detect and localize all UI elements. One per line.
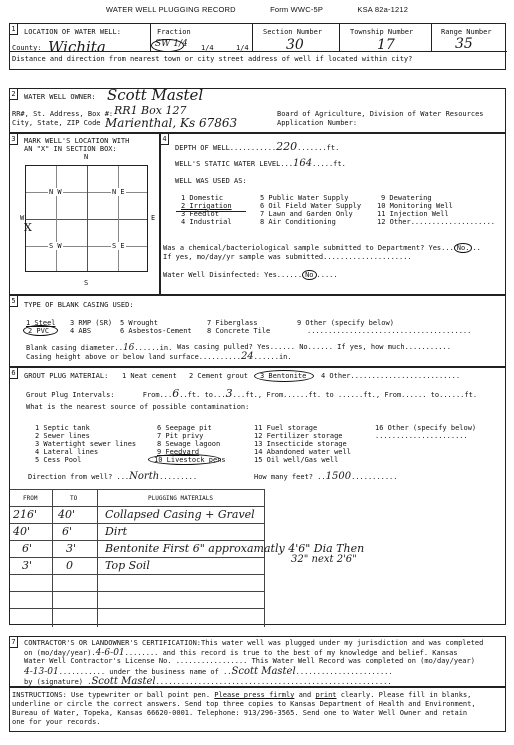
casing-6-asbestos[interactable]: 6 Asbestos-Cement xyxy=(120,327,192,335)
source-11[interactable]: 11 Fuel storage xyxy=(254,424,317,432)
section-4-well-details: 4 DEPTH OF WELL...........220.......ft. … xyxy=(160,133,506,295)
sample-date-label: If yes, mo/day/yr sample was submitted..… xyxy=(163,253,412,261)
quadrant-sw: S W xyxy=(48,242,63,250)
casing-9-other[interactable]: 9 Other (specify below) xyxy=(297,319,394,327)
use-4-industrial[interactable]: 4 Industrial xyxy=(181,218,232,226)
row1-material[interactable]: Collapsed Casing + Gravel xyxy=(105,508,255,521)
casing-label: TYPE OF BLANK CASING USED: xyxy=(24,301,134,309)
section-number: 7 xyxy=(9,636,18,648)
use-10-monitoring[interactable]: 10 Monitoring Well xyxy=(377,202,453,210)
source-8[interactable]: 8 Sewage lagoon xyxy=(157,440,220,448)
address-label: RR#, St. Address, Box #: xyxy=(12,110,113,118)
static-level-row: WELL'S STATIC WATER LEVEL...164.....ft. xyxy=(175,158,346,169)
source-7[interactable]: 7 Pit privy xyxy=(157,432,203,440)
city-value[interactable]: Marienthal, Ks 67863 xyxy=(105,116,237,130)
row2-from[interactable]: 40' xyxy=(13,525,30,538)
instructions-line4: one for your records. xyxy=(12,718,101,726)
disinfected-no-option[interactable]: No xyxy=(302,270,316,280)
row3-from[interactable]: 6' xyxy=(22,542,32,555)
source-4[interactable]: 4 Lateral lines xyxy=(35,448,98,456)
distance-label: Distance and direction from nearest town… xyxy=(12,55,412,63)
use-8-aircon[interactable]: 8 Air Conditioning xyxy=(260,218,336,226)
county-value[interactable]: Wichita xyxy=(48,38,106,56)
static-level-label: WELL'S STATIC WATER LEVEL... xyxy=(175,160,293,168)
materials-note-continuation[interactable]: 32" next 2'6" xyxy=(291,554,357,565)
compass-e: E xyxy=(151,214,155,222)
city-label: City, State, ZIP Code : xyxy=(12,119,109,127)
casing-4-abs[interactable]: 4 ABS xyxy=(70,327,91,335)
feet-row: How many feet? ..1500........... xyxy=(254,471,397,482)
grout-4-other[interactable]: 4 Other.......................... xyxy=(321,372,460,380)
quadrant-se: S E xyxy=(111,242,126,250)
use-9-dewatering[interactable]: 9 Dewatering xyxy=(381,194,432,202)
location-label: LOCATION OF WATER WELL: xyxy=(24,28,121,36)
grout-label: GROUT PLUG MATERIAL: xyxy=(24,372,108,380)
township-label: Township Number xyxy=(350,28,413,36)
static-level-unit: .....ft. xyxy=(312,160,346,168)
disinfected-label: Water Well Disinfected: Yes...... xyxy=(163,271,302,279)
section-6-grout: 6 GROUT PLUG MATERIAL: 1 Neat cement 2 C… xyxy=(9,367,506,625)
depth-value[interactable]: 220 xyxy=(276,140,297,153)
map-label-line1: MARK WELL'S LOCATION WITH xyxy=(24,137,129,145)
use-7-lawn[interactable]: 7 Lawn and Garden Only xyxy=(260,210,353,218)
section-5-casing: 5 TYPE OF BLANK CASING USED: 1 Steel 3 R… xyxy=(9,295,506,367)
section-number: 4 xyxy=(160,133,169,145)
section-1-location: 1 LOCATION OF WATER WELL: County: Wichit… xyxy=(9,23,506,70)
certification-line1: CONTRACTOR'S OR LANDOWNER'S CERTIFICATIO… xyxy=(24,639,483,647)
section-3-location-map: 3 MARK WELL'S LOCATION WITH AN "X" IN SE… xyxy=(9,133,160,295)
source-14[interactable]: 14 Abandoned water well xyxy=(254,448,351,456)
owner-value[interactable]: Scott Mastel xyxy=(107,86,203,104)
casing-3-rmp[interactable]: 3 RMP (SR) xyxy=(70,319,112,327)
depth-unit: .......ft. xyxy=(297,144,339,152)
use-6-oilfield[interactable]: 6 Oil Field Water Supply xyxy=(260,202,361,210)
section-number: 5 xyxy=(9,295,18,307)
instructions-line1: INSTRUCTIONS: Use typewriter or ball poi… xyxy=(12,691,471,699)
row3-to[interactable]: 3' xyxy=(66,542,76,555)
section-number: 2 xyxy=(9,88,18,100)
disinfected-row: Water Well Disinfected: Yes......No..... xyxy=(163,271,338,279)
plugging-table: FROM TO PLUGGING MATERIALS 216' 40' Coll… xyxy=(10,489,265,626)
pvc-circle xyxy=(23,325,58,336)
instructions-box: INSTRUCTIONS: Use typewriter or ball poi… xyxy=(9,687,506,732)
section-number: 6 xyxy=(9,367,18,379)
source-13[interactable]: 13 Insecticide storage xyxy=(254,440,347,448)
use-12-other[interactable]: 12 Other.................... xyxy=(377,218,495,226)
row4-from[interactable]: 3' xyxy=(22,559,32,572)
use-1-domestic[interactable]: 1 Domestic xyxy=(181,194,223,202)
form-statute: KSA 82a-1212 xyxy=(357,5,408,14)
fraction-value[interactable]: SW 1/4 xyxy=(155,39,188,49)
source-15[interactable]: 15 Oil well/Gas well xyxy=(254,456,338,464)
compass-s: S xyxy=(84,279,88,287)
feet-value[interactable]: 1500 xyxy=(326,471,351,482)
livestock-circle xyxy=(148,454,221,465)
range-value[interactable]: 35 xyxy=(455,36,473,52)
section-number-label: Section Number xyxy=(263,28,322,36)
row1-to[interactable]: 40' xyxy=(58,508,75,521)
casing-5-wrought[interactable]: 5 Wrought xyxy=(120,319,158,327)
source-12[interactable]: 12 Fertilizer storage xyxy=(254,432,343,440)
col-header-materials: PLUGGING MATERIALS xyxy=(148,495,213,502)
source-1[interactable]: 1 Septic tank xyxy=(35,424,90,432)
intervals-label: Grout Plug Intervals: xyxy=(26,391,115,399)
source-6[interactable]: 6 Seepage pit xyxy=(157,424,212,432)
use-5-public[interactable]: 5 Public Water Supply xyxy=(260,194,349,202)
contamination-label: What is the nearest source of possible c… xyxy=(26,403,249,411)
depth-label: DEPTH OF WELL........... xyxy=(175,144,276,152)
range-label: Range Number xyxy=(441,28,492,36)
source-16-blank[interactable]: ...................... xyxy=(375,432,468,440)
direction-row: Direction from well? ...North......... xyxy=(28,471,197,482)
form-header: WATER WELL PLUGGING RECORD Form WWC-5P K… xyxy=(0,5,514,14)
depth-row: DEPTH OF WELL...........220.......ft. xyxy=(175,140,339,153)
casing-8-concrete[interactable]: 8 Concrete Tile xyxy=(207,327,270,335)
source-5[interactable]: 5 Cess Pool xyxy=(35,456,81,464)
well-mark-x: X xyxy=(24,221,32,234)
row2-material[interactable]: Dirt xyxy=(105,525,127,538)
use-3-feedlot[interactable]: 3 Feedlot xyxy=(181,210,219,218)
section-7-certification: 7 CONTRACTOR'S OR LANDOWNER'S CERTIFICAT… xyxy=(9,636,506,687)
quadrant-nw: N W xyxy=(48,188,63,196)
grout-1-neat[interactable]: 1 Neat cement xyxy=(122,372,177,380)
section-grid[interactable]: N W N E S W S E X xyxy=(25,165,148,272)
row1-from[interactable]: 216' xyxy=(13,508,37,521)
form-title: WATER WELL PLUGGING RECORD xyxy=(106,5,236,14)
grout-2-cement[interactable]: 2 Cement grout xyxy=(189,372,248,380)
col-header-to: TO xyxy=(70,495,77,502)
interval1-to[interactable]: 3 xyxy=(226,387,233,400)
casing-7-fiberglass[interactable]: 7 Fiberglass xyxy=(207,319,258,327)
source-16[interactable]: 16 Other (specify below) xyxy=(375,424,476,432)
owner-label: WATER WELL OWNER: xyxy=(24,93,96,101)
height-row: Casing height above or below land surfac… xyxy=(26,351,292,362)
col-header-from: FROM xyxy=(23,495,37,502)
instructions-line2: underline or circle the correct answers.… xyxy=(12,700,476,708)
bentonite-circle xyxy=(254,370,314,382)
sample-row: Was a chemical/bacteriological sample su… xyxy=(163,244,481,252)
certification-line3: Water Well Contractor's License No. ....… xyxy=(24,657,475,665)
section-number: 3 xyxy=(9,133,18,145)
row4-to[interactable]: 0 xyxy=(66,559,73,572)
section-number: 1 xyxy=(9,23,18,35)
use-2-irrigation[interactable]: 2 Irrigation xyxy=(181,202,232,210)
used-as-label: WELL WAS USED AS: xyxy=(175,177,247,185)
sample-question: Was a chemical/bacteriological sample su… xyxy=(163,244,454,252)
source-3[interactable]: 3 Watertight sewer lines xyxy=(35,440,136,448)
instructions-line3: Bureau of Water, Topeka, Kansas 66620-00… xyxy=(12,709,467,717)
compass-n: N xyxy=(84,153,88,161)
map-label-line2: AN "X" IN SECTION BOX: xyxy=(24,145,117,153)
quadrant-ne: N E xyxy=(111,188,126,196)
section-2-owner: 2 WATER WELL OWNER: Scott Mastel RR#, St… xyxy=(9,88,506,133)
signature-row: by (signature) .Scott Mastel............… xyxy=(24,676,392,687)
fraction-label: Fraction xyxy=(157,28,191,36)
board-label: Board of Agriculture, Division of Water … xyxy=(277,110,484,118)
static-level-value[interactable]: 164 xyxy=(293,158,312,169)
signature-value[interactable]: Scott Mastel xyxy=(91,676,155,687)
use-11-injection[interactable]: 11 Injection Well xyxy=(377,210,449,218)
sample-no-option[interactable]: No. xyxy=(454,243,473,253)
application-label: Application Number: xyxy=(277,119,357,127)
source-2[interactable]: 2 Sewer lines xyxy=(35,432,90,440)
row4-material[interactable]: Top Soil xyxy=(105,559,150,572)
casing-pulled-label: Was casing pulled? Yes...... No...... If… xyxy=(177,343,451,351)
direction-value[interactable]: North xyxy=(129,471,159,482)
casing-other-blank[interactable]: ....................................... xyxy=(307,327,471,335)
form-number: Form WWC-5P xyxy=(270,5,323,14)
row2-to[interactable]: 6' xyxy=(62,525,72,538)
height-value[interactable]: 24 xyxy=(241,351,254,362)
intervals-row: Grout Plug Intervals: From...6..ft. to..… xyxy=(26,387,477,400)
